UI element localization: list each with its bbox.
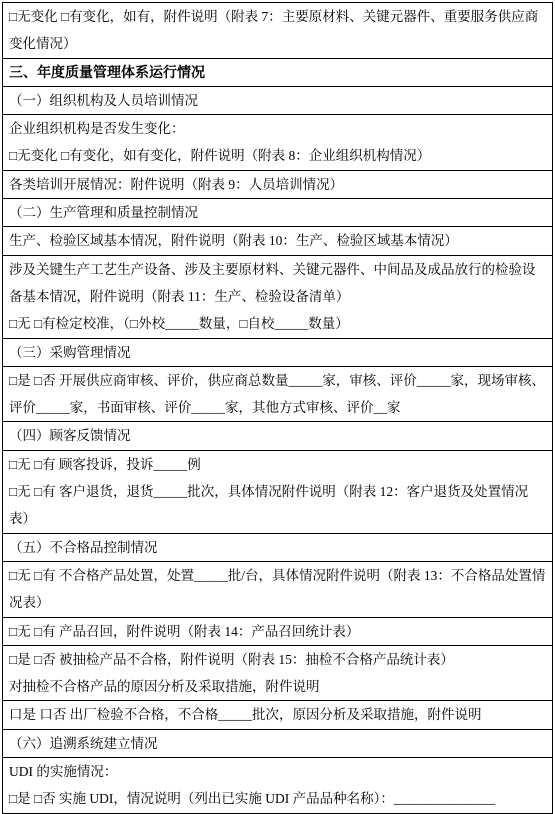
sub2-production-quality-row: （二）生产管理和质量控制情况 (3, 199, 552, 227)
product-recall-row: □无 □有 产品召回，附件说明（附表 14：产品召回统计表） (3, 618, 552, 646)
form-line-checkboxes: □无 □有 顾客投诉，投诉_____例 (9, 451, 546, 478)
document-page: □无变化 □有变化，如有，附件说明（附表 7：主要原材料、关键元器件、重要服务供… (0, 0, 555, 761)
form-line: 涉及关键生产工艺生产设备、涉及主要原材料、关键元器件、中间品及成品放行的检验设备… (9, 256, 546, 311)
form-line-checkboxes: □无 □有 产品召回，附件说明（附表 14：产品召回统计表） (9, 618, 546, 645)
form-line-checkboxes: □是 □否 开展供应商审核、评价，供应商总数量_____家，审核、评价_____… (9, 367, 546, 422)
form-line: 企业组织机构是否发生变化： (9, 115, 546, 142)
sub5-nonconforming-row: （五）不合格品控制情况 (3, 534, 552, 562)
subsection-title: （五）不合格品控制情况 (9, 534, 546, 561)
production-area-row: 生产、检验区域基本情况，附件说明（附表 10：生产、检验区域基本情况） (3, 227, 552, 255)
subsection-title: （二）生产管理和质量控制情况 (9, 199, 546, 226)
form-line: UDI 的实施情况： (9, 758, 546, 785)
nonconforming-disposal-row: □无 □有 不合格产品处置，处置_____批/台，具体情况附件说明（附表 13：… (3, 562, 552, 618)
complaints-returns-row: □无 □有 顾客投诉，投诉_____例 □无 □有 客户退货，退货_____批次… (3, 451, 552, 534)
sub6-traceability-row: （六）追溯系统建立情况 (3, 730, 552, 758)
supplier-audit-row: □是 □否 开展供应商审核、评价，供应商总数量_____家，审核、评价_____… (3, 367, 552, 423)
form-line: □无变化 □有变化，如有，附件说明（附表 7：主要原材料、关键元器件、重要服务供… (9, 3, 546, 58)
form-line: 对抽检不合格产品的原因分析及采取措施，附件说明 (9, 673, 546, 700)
subsection-title: （四）顾客反馈情况 (9, 422, 546, 449)
sub1-org-training-row: （一）组织机构及人员培训情况 (3, 87, 552, 115)
form-line: 生产、检验区域基本情况，附件说明（附表 10：生产、检验区域基本情况） (9, 227, 546, 254)
form-line-checkboxes: □无变化 □有变化，如有变化，附件说明（附表 8：企业组织机构情况） (9, 142, 546, 169)
form-line-checkboxes: 口是 口否 出厂检验不合格，不合格_____批次，原因分析及采取措施，附件说明 (9, 701, 546, 728)
supplier-change-row: □无变化 □有变化，如有，附件说明（附表 7：主要原材料、关键元器件、重要服务供… (3, 3, 552, 59)
sub4-customer-feedback-row: （四）顾客反馈情况 (3, 422, 552, 450)
form-line-checkboxes: □无 □有检定校准，（□外校_____数量，□自校_____数量） (9, 310, 546, 337)
section-title: 三、年度质量管理体系运行情况 (9, 59, 546, 86)
form-line-checkboxes: □是 □否 被抽检产品不合格，附件说明（附表 15：抽检不合格产品统计表） (9, 646, 546, 673)
form-line: 各类培训开展情况：附件说明（附表 9：人员培训情况） (9, 171, 546, 198)
subsection-title: （三）采购管理情况 (9, 339, 546, 366)
form-line-checkboxes: □无 □有 客户退货，退货_____批次，具体情况附件说明（附表 12：客户退货… (9, 478, 546, 533)
sub3-procurement-row: （三）采购管理情况 (3, 339, 552, 367)
subsection-title: （六）追溯系统建立情况 (9, 730, 546, 757)
quality-system-report-table: □无变化 □有变化，如有，附件说明（附表 7：主要原材料、关键元器件、重要服务供… (2, 2, 553, 814)
subsection-title: （一）组织机构及人员培训情况 (9, 87, 546, 114)
udi-row: UDI 的实施情况： □是 □否 实施 UDI，情况说明（列出已实施 UDI 产… (3, 758, 552, 813)
sampling-failure-row: □是 □否 被抽检产品不合格，附件说明（附表 15：抽检不合格产品统计表） 对抽… (3, 646, 552, 702)
form-line-checkboxes: □是 □否 实施 UDI，情况说明（列出已实施 UDI 产品品种名称）：____… (9, 785, 546, 812)
factory-inspection-row: 口是 口否 出厂检验不合格，不合格_____批次，原因分析及采取措施，附件说明 (3, 701, 552, 729)
org-change-row: 企业组织机构是否发生变化： □无变化 □有变化，如有变化，附件说明（附表 8：企… (3, 115, 552, 171)
training-row: 各类培训开展情况：附件说明（附表 9：人员培训情况） (3, 171, 552, 199)
form-line-checkboxes: □无 □有 不合格产品处置，处置_____批/台，具体情况附件说明（附表 13：… (9, 562, 546, 617)
equipment-calibration-row: 涉及关键生产工艺生产设备、涉及主要原材料、关键元器件、中间品及成品放行的检验设备… (3, 256, 552, 339)
section3-title-row: 三、年度质量管理体系运行情况 (3, 59, 552, 87)
